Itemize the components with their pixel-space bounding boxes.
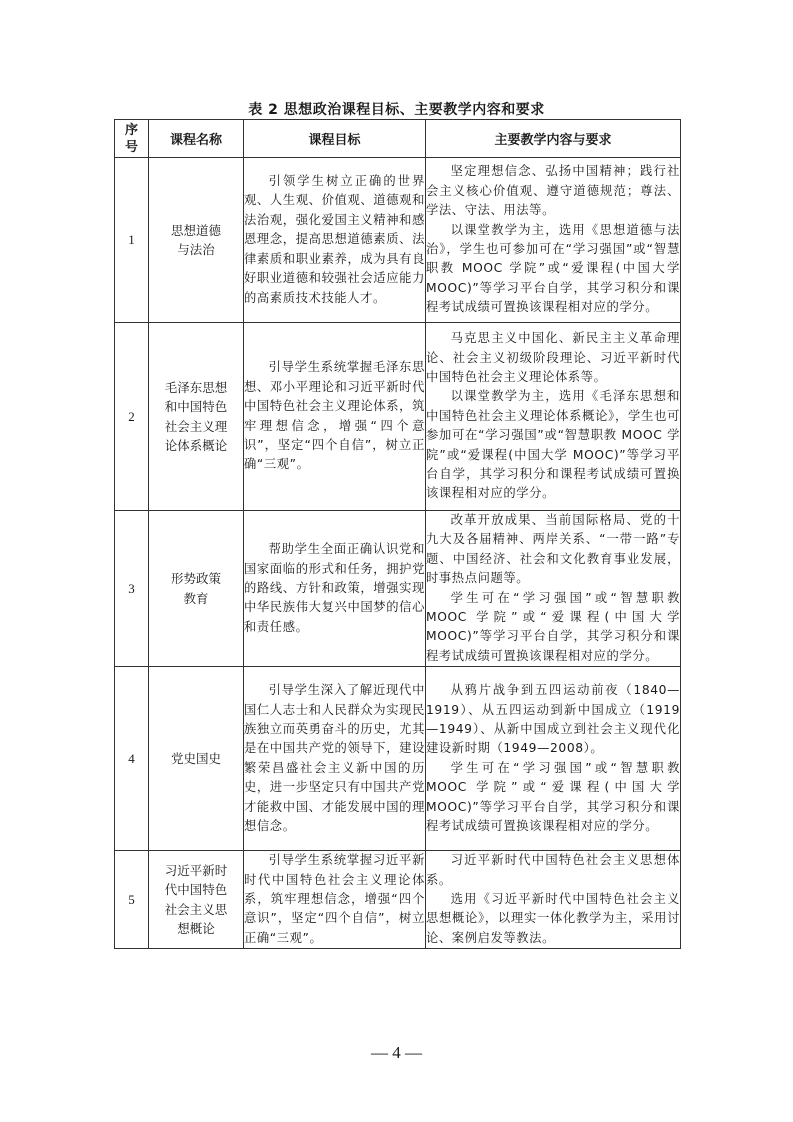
- table-row: 5 习近平新时代中国特色社会主义思想概论 引导学生系统掌握习近平新时代中国特色社…: [115, 851, 681, 949]
- table-caption: 表 2 思想政治课程目标、主要教学内容和要求: [0, 99, 793, 119]
- row-course-goal: 引导学生系统掌握毛泽东思想、邓小平理论和习近平新时代中国特色社会主义理论体系，筑…: [244, 323, 426, 511]
- row-seq: 3: [115, 511, 149, 667]
- row-course-name: 党史国史: [149, 667, 244, 851]
- table-row: 4 党史国史 引导学生深入了解近现代中国仁人志士和人民群众为实现民族独立而英勇奋…: [115, 667, 681, 851]
- row-course-name: 习近平新时代中国特色社会主义思想概论: [149, 851, 244, 949]
- table-row: 1 思想道德与法治 引领学生树立正确的世界观、人生观、价值观、道德观和法治观，强…: [115, 158, 681, 323]
- row-seq: 4: [115, 667, 149, 851]
- row-seq: 5: [115, 851, 149, 949]
- row-course-goal: 引导学生系统掌握习近平新时代中国特色社会主义理论体系，筑牢理想信念，增强“四个意…: [244, 851, 426, 949]
- course-table: 序号 课程名称 课程目标 主要教学内容与要求 1 思想道德与法治 引领学生树立正…: [114, 119, 681, 949]
- header-seq: 序号: [115, 120, 149, 158]
- row-seq: 2: [115, 323, 149, 511]
- header-course-name: 课程名称: [149, 120, 244, 158]
- row-course-name: 形势政策教育: [149, 511, 244, 667]
- table-header-row: 序号 课程名称 课程目标 主要教学内容与要求: [115, 120, 681, 158]
- row-course-goal: 引导学生深入了解近现代中国仁人志士和人民群众为实现民族独立而英勇奋斗的历史，尤其…: [244, 667, 426, 851]
- row-course-content: 马克思主义中国化、新民主主义革命理论、社会主义初级阶段理论、习近平新时代中国特色…: [426, 323, 681, 511]
- table-row: 2 毛泽东思想和中国特色社会主义理论体系概论 引导学生系统掌握毛泽东思想、邓小平…: [115, 323, 681, 511]
- row-seq: 1: [115, 158, 149, 323]
- row-course-name: 毛泽东思想和中国特色社会主义理论体系概论: [149, 323, 244, 511]
- row-course-goal: 帮助学生全面正确认识党和国家面临的形式和任务，拥护党的路线、方针和政策，增强实现…: [244, 511, 426, 667]
- row-course-content: 改革开放成果、当前国际格局、党的十九大及各届精神、两岸关系、“一带一路”专题、中…: [426, 511, 681, 667]
- row-course-content: 从鸦片战争到五四运动前夜（1840—1919）、从五四运动到新中国成立（1919…: [426, 667, 681, 851]
- row-course-name: 思想道德与法治: [149, 158, 244, 323]
- row-course-content: 习近平新时代中国特色社会主义思想体系。 选用《习近平新时代中国特色社会主义思想概…: [426, 851, 681, 949]
- page-number: — 4 —: [0, 1043, 793, 1063]
- header-course-goal: 课程目标: [244, 120, 426, 158]
- table-row: 3 形势政策教育 帮助学生全面正确认识党和国家面临的形式和任务，拥护党的路线、方…: [115, 511, 681, 667]
- row-course-goal: 引领学生树立正确的世界观、人生观、价值观、道德观和法治观，强化爱国主义精神和感恩…: [244, 158, 426, 323]
- header-course-content: 主要教学内容与要求: [426, 120, 681, 158]
- row-course-content: 坚定理想信念、弘扬中国精神；践行社会主义核心价值观、遵守道德规范；尊法、学法、守…: [426, 158, 681, 323]
